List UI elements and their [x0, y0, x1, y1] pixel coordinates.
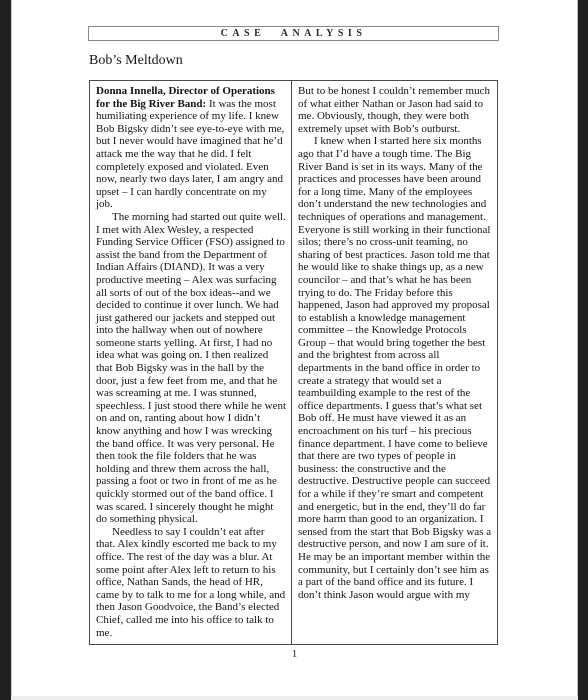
right-column: But to be honest I couldn’t remember muc…: [292, 81, 497, 644]
paragraph-six-months: I knew when I started here six months ag…: [298, 135, 492, 601]
document-title: Bob’s Meltdown: [89, 53, 183, 69]
case-analysis-banner: CASE ANALYSIS: [88, 26, 499, 41]
paragraph-aftermath: Needless to say I couldn’t eat after tha…: [96, 526, 286, 639]
paragraph-honest: But to be honest I couldn’t remember muc…: [298, 85, 492, 135]
viewer-background-left-edge: [0, 0, 12, 700]
paragraph-morning: The morning had started out quite well. …: [96, 211, 286, 526]
case-text-table: Donna Innella, Director of Operations fo…: [89, 80, 498, 645]
paragraph-text: It was the most humiliating experience o…: [96, 98, 284, 211]
left-column: Donna Innella, Director of Operations fo…: [90, 81, 292, 644]
page-number: 1: [11, 648, 578, 660]
viewer-bottom-strip: [11, 696, 578, 700]
viewer-background-right-edge: [577, 0, 588, 700]
case-analysis-banner-label: CASE ANALYSIS: [221, 28, 367, 39]
paragraph-donna-intro: Donna Innella, Director of Operations fo…: [96, 85, 286, 211]
